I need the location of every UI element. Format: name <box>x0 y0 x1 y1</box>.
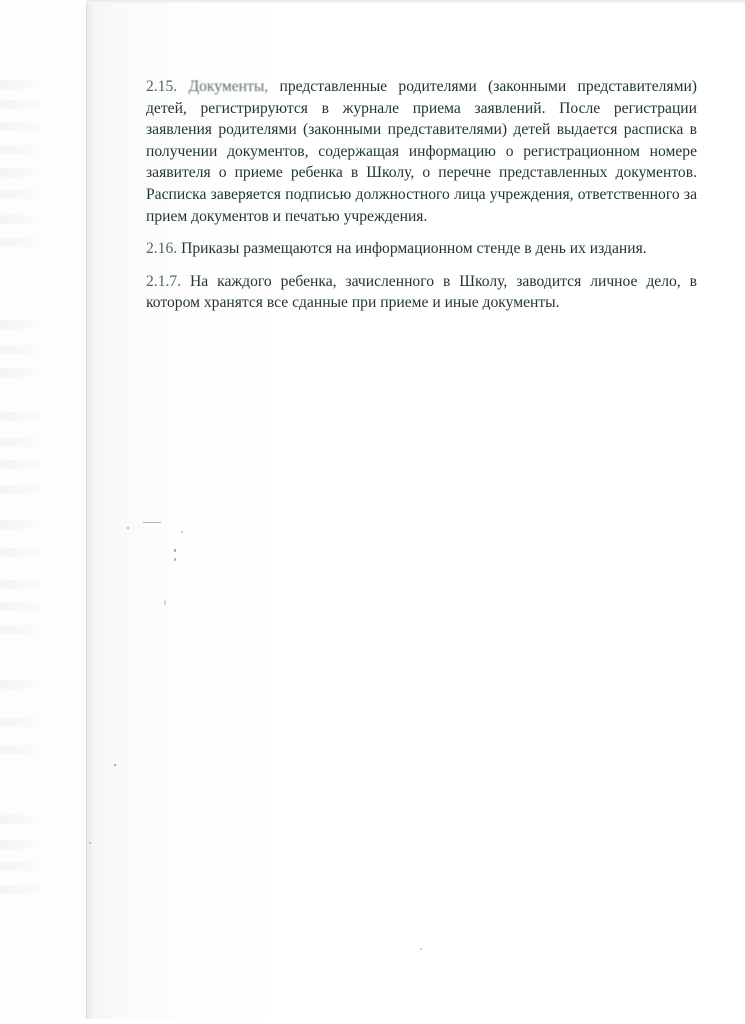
clause-number: 2.16. <box>146 240 177 257</box>
scan-speck <box>164 600 166 605</box>
scan-speck <box>127 527 129 529</box>
scan-speck <box>174 558 176 561</box>
clause-number: 2.1.7. <box>146 273 181 290</box>
paragraph-2-15: 2.15. Документы, представленные родителя… <box>146 76 697 227</box>
document-body: 2.15. Документы, представленные родителя… <box>146 76 697 314</box>
paragraph-2-1-7: 2.1.7. На каждого ребенка, зачисленного … <box>146 271 697 314</box>
scan-speck <box>143 522 161 523</box>
scan-speck <box>174 549 176 552</box>
scan-speck <box>89 842 91 844</box>
clause-text: Приказы размещаются на информационном ст… <box>177 240 646 257</box>
scan-speck <box>420 948 422 950</box>
scan-speck <box>181 531 183 533</box>
clause-text: представленные родителями (законными пре… <box>146 78 697 225</box>
clause-number: 2.15. <box>146 78 177 95</box>
paragraph-2-16: 2.16. Приказы размещаются на информацион… <box>146 238 697 260</box>
scan-speck <box>114 764 116 766</box>
scan-margin-bleedthrough <box>0 0 86 1024</box>
clause-text: На каждого ребенка, зачисленного в Школу… <box>146 273 697 312</box>
clause-lead-word: Документы, <box>189 78 269 95</box>
